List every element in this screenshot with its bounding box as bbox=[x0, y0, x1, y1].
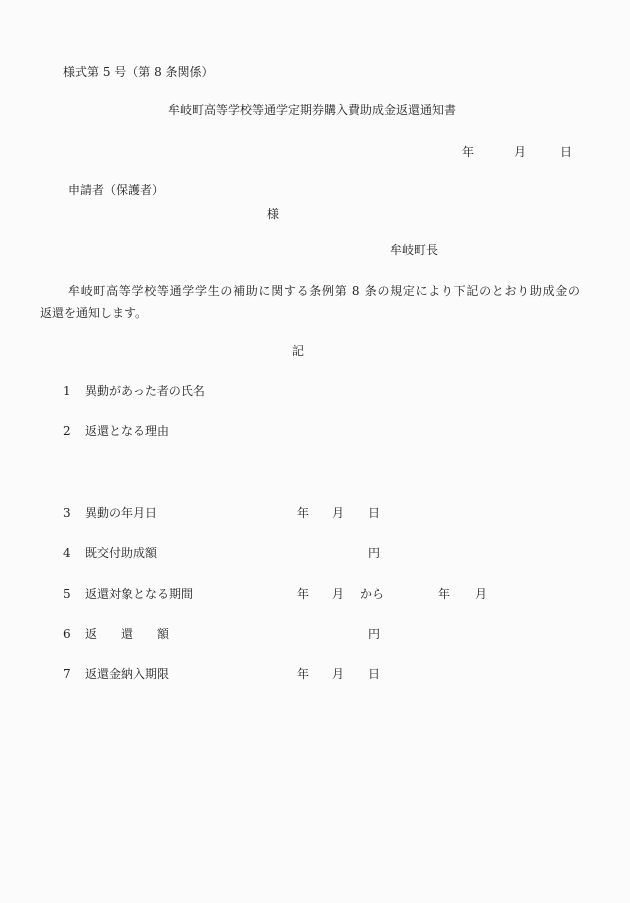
item-number: 2 bbox=[63, 425, 71, 437]
item-label: 返還となる理由 bbox=[85, 425, 169, 437]
year-label: 年 bbox=[297, 507, 309, 519]
item-label: 既交付助成額 bbox=[85, 547, 157, 559]
item-label: 返 還 額 bbox=[85, 628, 169, 640]
item-number: 6 bbox=[63, 628, 71, 640]
month-label: 月 bbox=[332, 507, 344, 519]
yen-label: 円 bbox=[368, 628, 380, 640]
year-label: 年 bbox=[297, 668, 309, 680]
form-number: 様式第 5 号（第 8 条関係） bbox=[63, 66, 214, 78]
item-number: 7 bbox=[63, 668, 71, 680]
from-label: から bbox=[360, 588, 384, 600]
applicant-label: 申請者（保護者） bbox=[68, 184, 164, 196]
sender-label: 牟岐町長 bbox=[390, 244, 438, 256]
month-label: 月 bbox=[332, 668, 344, 680]
month-label: 月 bbox=[332, 588, 344, 600]
page-title: 牟岐町高等学校等通学定期券購入費助成金返還通知書 bbox=[168, 104, 456, 116]
document-page: 様式第 5 号（第 8 条関係） 牟岐町高等学校等通学定期券購入費助成金返還通知… bbox=[0, 0, 630, 903]
item-number: 5 bbox=[63, 588, 71, 600]
item-number: 3 bbox=[63, 507, 71, 519]
record-heading: 記 bbox=[292, 345, 304, 357]
year-label: 年 bbox=[297, 588, 309, 600]
item-label: 返還金納入期限 bbox=[85, 668, 169, 680]
date-year-label: 年 bbox=[462, 146, 474, 158]
body-line-2: 返還を通知します。 bbox=[40, 307, 147, 319]
item-label: 異動があった者の氏名 bbox=[85, 385, 205, 397]
date-day-label: 日 bbox=[560, 146, 572, 158]
day-label: 日 bbox=[368, 507, 380, 519]
yen-label: 円 bbox=[368, 547, 380, 559]
date-month-label: 月 bbox=[514, 146, 526, 158]
day-label: 日 bbox=[368, 668, 380, 680]
item-label: 返還対象となる期間 bbox=[85, 588, 193, 600]
item-number: 1 bbox=[63, 385, 71, 397]
item-label: 異動の年月日 bbox=[85, 507, 157, 519]
item-number: 4 bbox=[63, 547, 71, 559]
body-line-1: 牟岐町高等学校等通学学生の補助に関する条例第 8 条の規定により下記のとおり助成… bbox=[68, 285, 581, 297]
year-label: 年 bbox=[438, 588, 450, 600]
month-label: 月 bbox=[475, 588, 487, 600]
honorific-label: 様 bbox=[267, 208, 279, 220]
